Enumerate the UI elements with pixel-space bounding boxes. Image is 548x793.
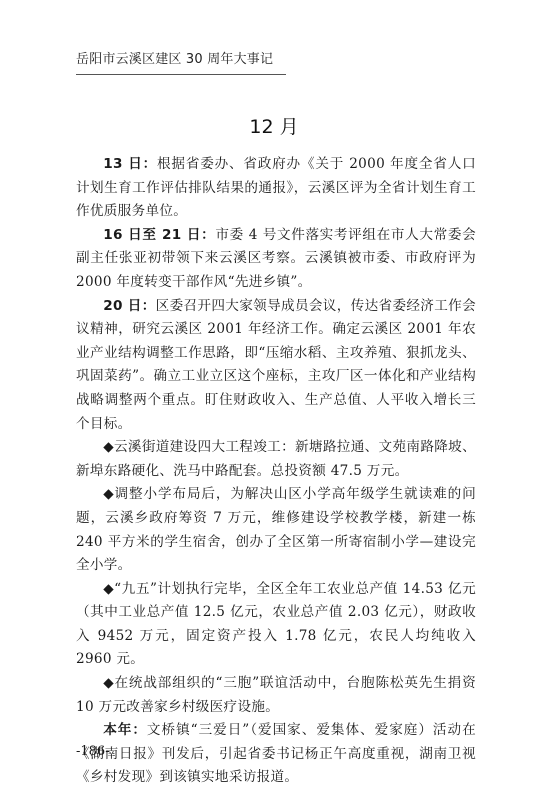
document-body: 13 日：根据省委办、省政府办《关于 2000 年度全省人口计划生育工作评估排队… xyxy=(76,153,476,790)
entry-date: 本年： xyxy=(103,722,147,738)
section-title: 12 月 xyxy=(0,112,548,139)
entry-date: 16 日至 21 日： xyxy=(103,227,215,243)
bullet-paragraph: ◆在统战部组织的“三胞”联谊活动中，台胞陈松英先生捐资 10 万元改善家乡村级医… xyxy=(76,672,476,719)
entry-date: 13 日： xyxy=(103,156,157,172)
running-header: 岳阳市云溪区建区 30 周年大事记 xyxy=(76,48,286,75)
book-title: 岳阳市云溪区建区 30 周年大事记 xyxy=(76,48,286,67)
page-number: -186- xyxy=(76,744,110,759)
bullet-paragraph: ◆调整小学布局后，为解决山区小学高年级学生就读难的问题，云溪乡政府筹资 7 万元… xyxy=(76,483,476,577)
header-divider xyxy=(76,74,286,75)
bullet-paragraph: ◆“九五”计划执行完毕，全区全年工农业总产值 14.53 亿元（其中工业总产值 … xyxy=(76,578,476,672)
entry-text: ◆调整小学布局后，为解决山区小学高年级学生就读难的问题，云溪乡政府筹资 7 万元… xyxy=(76,486,476,573)
entry-text: ◆在统战部组织的“三胞”联谊活动中，台胞陈松英先生捐资 10 万元改善家乡村级医… xyxy=(76,675,476,715)
bullet-paragraph: ◆云溪街道建设四大工程竣工：新塘路拉通、文苑南路降坡、新埠东路硬化、洗马中路配套… xyxy=(76,436,476,483)
entry-paragraph: 16 日至 21 日：市委 4 号文件落实考评组在市人大常委会副主任张亚初带领下… xyxy=(76,224,476,295)
entry-paragraph: 本年：文桥镇“三爱日”（爱国家、爱集体、爱家庭）活动在《湖南日报》刊发后，引起省… xyxy=(76,719,476,790)
entry-paragraph: 13 日：根据省委办、省政府办《关于 2000 年度全省人口计划生育工作评估排队… xyxy=(76,153,476,224)
entry-text: 区委召开四大家领导成员会议，传达省委经济工作会议精神，研究云溪区 2001 年经… xyxy=(76,298,476,432)
entry-paragraph: 20 日：区委召开四大家领导成员会议，传达省委经济工作会议精神，研究云溪区 20… xyxy=(76,295,476,437)
entry-text: ◆云溪街道建设四大工程竣工：新塘路拉通、文苑南路降坡、新埠东路硬化、洗马中路配套… xyxy=(76,439,476,479)
entry-date: 20 日： xyxy=(103,298,155,314)
entry-text: ◆“九五”计划执行完毕，全区全年工农业总产值 14.53 亿元（其中工业总产值 … xyxy=(76,581,476,668)
